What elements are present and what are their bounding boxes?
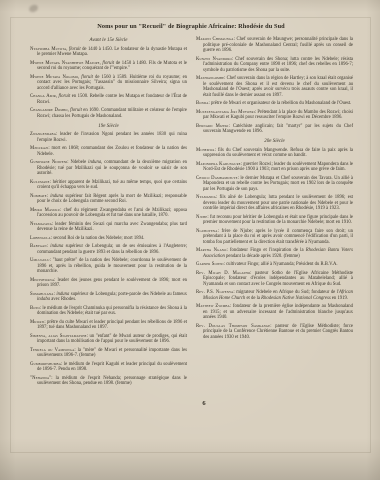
biography-entry: Makoni Chimaunga: Chef souverain de Maun… bbox=[196, 37, 353, 54]
biography-entry: "Nehanda": la médium de l'esprit Nehanda… bbox=[30, 376, 187, 387]
biography-entry: Changa Amir, floruit en 1500. Rebelle co… bbox=[30, 94, 187, 105]
biography-entry: Mwene Mutapa Nogomo, floruit de 1560 à 1… bbox=[30, 75, 187, 92]
entry-name: Changamire Dombo bbox=[30, 108, 68, 113]
biography-entry: Matthew Zwimba: fondateur de la première… bbox=[196, 304, 353, 321]
biography-entry: Somabulana: induna supérieur de Lobengul… bbox=[30, 292, 187, 303]
biography-entry: Kunzwi Nyandoro: Chef souverain des Shon… bbox=[196, 57, 353, 74]
biography-entry: Njube: fut reconnu pour héritier de Lobe… bbox=[196, 215, 353, 226]
biography-entry: Garner Sojeni: cultivateur Fingo; allié … bbox=[196, 262, 353, 268]
biography-entry: Mbiko Masuku: chef du régiment Zwangenda… bbox=[30, 208, 187, 219]
entry-name: Bonda bbox=[196, 101, 209, 106]
entry-name: Nyamazana bbox=[30, 222, 52, 227]
entry-name: Gumboreshumba bbox=[30, 362, 61, 367]
entry-name: Kulumane bbox=[30, 180, 50, 185]
biography-entry: Nyamazana: leader féminin des Swazi qui … bbox=[30, 222, 187, 233]
right-column: Makoni Chimaunga: Chef souverain de Maun… bbox=[196, 37, 353, 390]
entry-name: Mzilikazi bbox=[30, 146, 48, 151]
entry-name: Gundwane Ndiweni bbox=[30, 160, 67, 165]
entry-name: Chioco Dambamupute bbox=[196, 176, 238, 181]
biography-entry: Mashiangombe: Chef souverain dans la rég… bbox=[196, 76, 353, 98]
entry-name: Nyatsimba Mutota bbox=[30, 47, 66, 52]
biography-entry: Mzilikazi: mort en 1868; commandant des … bbox=[30, 146, 187, 157]
biography-entry: Kulumane: héritier apparent de Mzilikazi… bbox=[30, 180, 187, 191]
entry-name: Mwene Mutapa Nogomo bbox=[30, 75, 78, 80]
biography-entry: Boto: le médium de l'esprit Chaminuka qu… bbox=[30, 306, 187, 317]
biography-entry: Nyamanda: fils aîné de Lobengula; lutta … bbox=[196, 195, 353, 212]
page-number: 6 bbox=[14, 400, 380, 407]
biography-entry: Mchemwa: fils du Chef souverain Mangwend… bbox=[196, 148, 353, 159]
biography-entry: Martha Ngano: fondateur Fingo et l'inspi… bbox=[196, 248, 353, 259]
biography-entry: Gundwane Ndiweni: Ndebele induna, comman… bbox=[30, 160, 187, 177]
biography-entry: Rev. Micah D. Magatho: pasteur Sotho de … bbox=[196, 271, 353, 288]
entry-name: Njube bbox=[196, 215, 207, 220]
entry-name: Rev. P.S. Ngwenya bbox=[196, 290, 233, 295]
entry-name: Boto bbox=[30, 306, 40, 311]
entry-name: Mpotshwana bbox=[30, 278, 54, 283]
entry-name: Nombate bbox=[30, 194, 47, 199]
entry-name: Mashiangombe bbox=[196, 76, 224, 81]
biography-entry: Zwangendaba: leader de l'invasion Ngoni … bbox=[30, 132, 187, 143]
entry-name: Mapondera Kadungure bbox=[196, 162, 241, 167]
left-column: Avant le 15e SiècleNyatsimba Mutota, flo… bbox=[30, 37, 187, 390]
entry-name: Babyaan bbox=[30, 244, 47, 249]
biography-entry: Chioco Dambamupute: le dernier Mutapa et… bbox=[196, 176, 353, 193]
biography-entry: Tenkela ou Vamponga: la "mère" de Mwari … bbox=[30, 348, 187, 359]
pencil-smudge-mark bbox=[28, 4, 38, 13]
biography-entry: Lobengula: second Roi de la nation des N… bbox=[30, 236, 187, 242]
biography-entry: Bernard Mizeki: Catéchiste anglicain; fa… bbox=[196, 124, 353, 135]
biography-entry: Bonda: prêtre de Mwari et organisateur d… bbox=[196, 101, 353, 107]
century-heading: 19e Siècle bbox=[30, 124, 187, 129]
biography-entry: Nombate: induna supérieur fait Régent ap… bbox=[30, 194, 187, 205]
entry-name: Martha Ngano bbox=[196, 248, 226, 253]
entry-name: Umlugulu bbox=[30, 258, 50, 263]
entry-name: Mchemwa bbox=[196, 148, 215, 153]
biography-entry: Mpotshwana: leader des jeunes gens penda… bbox=[30, 278, 187, 289]
entry-name: Nguboyena bbox=[196, 229, 218, 234]
biography-entry: Mapondera Kadungure: guerrier Rozwi; lea… bbox=[196, 162, 353, 173]
page-title: Noms pour un "Recueil" de Biographie Afr… bbox=[30, 23, 352, 30]
entry-name: Tenkela ou Vamponga bbox=[30, 348, 74, 353]
entry-name: Matthew Zwimba bbox=[196, 304, 230, 309]
century-heading: 20e Siècle bbox=[196, 139, 353, 144]
entry-name: Somabulana bbox=[30, 292, 54, 297]
entry-name: Zwangendaba bbox=[30, 132, 56, 137]
entry-name: Lobengula bbox=[30, 236, 51, 241]
entry-name: Mwene Mutapa Nyanhehwe Matope bbox=[30, 61, 100, 66]
biography-entry: Gumboreshumba: le médium de l'esprit Kag… bbox=[30, 362, 187, 373]
century-heading: Avant le 15e Siècle bbox=[30, 38, 187, 43]
entry-name: Garner Sojeni bbox=[196, 262, 224, 267]
entry-name: "Nehanda" bbox=[30, 376, 51, 381]
entry-name: Bernard Mizeki bbox=[196, 124, 229, 129]
biography-entry: Nguboyena: frère de Njube; après le lycé… bbox=[196, 229, 353, 246]
entry-name: Nyamanda bbox=[196, 195, 216, 200]
entry-name: Simenya, alias Siginyamatshe bbox=[30, 334, 87, 339]
biography-entry: Mwene Mutapa Nyanhehwe Matope, floruit d… bbox=[30, 61, 187, 72]
biography-entry: Nyatsimba Mutota, floruit de 1440 à 1450… bbox=[30, 47, 187, 58]
entry-name: Kunzwi Nyandoro bbox=[196, 57, 232, 62]
biography-entry: Umlugulu: "haut prêtre" de la nation des… bbox=[30, 258, 187, 275]
two-column-text-area: Avant le 15e SiècleNyatsimba Mutota, flo… bbox=[0, 37, 380, 390]
biography-entry: Changamire Dombo, floruit en 1690. Comma… bbox=[30, 108, 187, 119]
entry-name: Mbiko Masuku bbox=[30, 208, 60, 213]
entry-name: Makoni Chimaunga bbox=[196, 37, 234, 42]
biography-entry: Rev. Douglas Thompson Samkange: pasteur … bbox=[196, 324, 353, 341]
entry-name: Changa Amir bbox=[30, 94, 56, 99]
entry-name: Rev. Douglas Thompson Samkange bbox=[196, 324, 270, 329]
entry-name: Rev. Micah D. Magatho bbox=[196, 271, 250, 276]
biography-entry: Simenya, alias Siginyamatshe: un "enfant… bbox=[30, 334, 187, 345]
biography-entry: Rev. P.S. Ngwenya: migrateur Ndebele en … bbox=[196, 290, 353, 301]
biography-entry: Babyaan: induna supérieur de Lobengula; … bbox=[30, 244, 187, 255]
entry-name: Muzezengantama Jiri Mteweri bbox=[196, 110, 255, 115]
biography-entry: Muzezengantama Jiri Mteweri: Prétendant … bbox=[196, 110, 353, 121]
biography-entry: Mkwati: prêtre du culte Mwari et leader … bbox=[30, 320, 187, 331]
entry-name: Mkwati bbox=[30, 320, 44, 325]
